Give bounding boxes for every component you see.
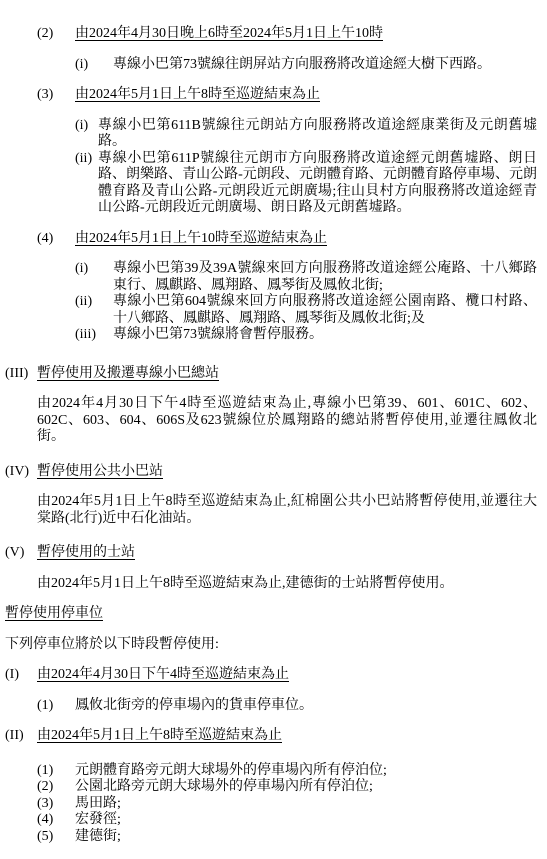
traffic-item-4-subitems: (i) 專線小巴第39及39A號線來回方向服務將改道途經公庵路、十八鄉路東行、鳳… [5, 261, 537, 344]
traffic-item-4-marker: (4) [37, 231, 75, 248]
route-subitem: (ii) 專線小巴第611P號線往元朗市方向服務將改道途經元朗舊墟路、朗日路、朗… [5, 151, 537, 217]
parking-item-marker: (3) [37, 796, 75, 813]
route-subitem: (iii) 專線小巴第73號線將會暫停服務。 [5, 327, 537, 344]
section-V-heading: (V) 暫停使用的士站 [5, 545, 537, 562]
route-text: 專線小巴第73號線往朗屏站方向服務將改道途經大樹下西路。 [113, 57, 537, 74]
parking-item: (1) 元朗體育路旁元朗大球場外的停車場內所有停泊位; [5, 763, 537, 780]
parking-title: 暫停使用停車位 [5, 606, 103, 621]
section-III-paragraph: 由2024年4月30日下午4時至巡遊結束為止,專線小巴第39、601、601C、… [5, 396, 537, 446]
subitem-marker: (i) [75, 57, 113, 74]
period-heading: 由2024年5月1日上午8時至巡遊結束為止 [37, 728, 282, 743]
section-title: 暫停使用及搬遷專線小巴總站 [37, 366, 219, 381]
parking-item: (4) 宏發徑; [5, 812, 537, 829]
parking-period-I-heading: (I) 由2024年4月30日下午4時至巡遊結束為止 [5, 667, 537, 684]
period-heading: 由2024年5月1日上午8時至巡遊結束為止 [75, 87, 320, 102]
traffic-item-4-heading-wrap: 由2024年5月1日上午10時至巡遊結束為止 [75, 231, 537, 248]
parking-period-I-marker: (I) [5, 667, 37, 684]
traffic-item-4: (4) 由2024年5月1日上午10時至巡遊結束為止 [5, 231, 537, 248]
parking-period-II-items: (1) 元朗體育路旁元朗大球場外的停車場內所有停泊位; (2) 公園北路旁元朗大… [5, 763, 537, 846]
subitem-marker: (i) [75, 261, 113, 278]
subitem-marker: (ii) [75, 294, 113, 311]
section-IV-heading: (IV) 暫停使用公共小巴站 [5, 464, 537, 481]
section-IV-title-wrap: 暫停使用公共小巴站 [37, 464, 537, 481]
section-title: 暫停使用的士站 [37, 545, 135, 560]
traffic-item-3-subitems: (i) 專線小巴第611B號線往元朗站方向服務將改道途經康業街及元朗舊墟路。 (… [5, 118, 537, 217]
parking-item-text: 宏發徑; [75, 812, 537, 829]
parking-title-wrap: 暫停使用停車位 [5, 606, 537, 623]
parking-period-II-heading-wrap: 由2024年5月1日上午8時至巡遊結束為止 [37, 728, 537, 745]
parking-period-II-heading: (II) 由2024年5月1日上午8時至巡遊結束為止 [5, 728, 537, 745]
subitem-marker: (iii) [75, 327, 113, 344]
period-heading: 由2024年5月1日上午10時至巡遊結束為止 [75, 231, 327, 246]
parking-item: (1) 鳳攸北街旁的停車場內的貨車停車位。 [5, 698, 537, 715]
section-V-paragraph: 由2024年5月1日上午8時至巡遊結束為止,建德街的士站將暫停使用。 [5, 576, 537, 593]
section-title: 暫停使用公共小巴站 [37, 464, 163, 479]
section-V-marker: (V) [5, 545, 37, 562]
section-V-title-wrap: 暫停使用的士站 [37, 545, 537, 562]
route-subitem: (i) 專線小巴第73號線往朗屏站方向服務將改道途經大樹下西路。 [5, 57, 537, 74]
parking-item: (5) 建德街; [5, 829, 537, 846]
traffic-item-2-heading-wrap: 由2024年4月30日晚上6時至2024年5月1日上午10時 [75, 26, 537, 43]
parking-period-I-items: (1) 鳳攸北街旁的停車場內的貨車停車位。 [5, 698, 537, 715]
traffic-item-2: (2) 由2024年4月30日晚上6時至2024年5月1日上午10時 [5, 26, 537, 43]
parking-item: (2) 公園北路旁元朗大球場外的停車場內所有停泊位; [5, 779, 537, 796]
section-III-heading: (III) 暫停使用及搬遷專線小巴總站 [5, 366, 537, 383]
parking-item-text: 元朗體育路旁元朗大球場外的停車場內所有停泊位; [75, 763, 537, 780]
subitem-marker: (ii) [75, 151, 98, 168]
route-subitem: (i) 專線小巴第611B號線往元朗站方向服務將改道途經康業街及元朗舊墟路。 [5, 118, 537, 151]
parking-item-text: 鳳攸北街旁的停車場內的貨車停車位。 [75, 698, 537, 715]
traffic-item-3-marker: (3) [37, 87, 75, 104]
route-text: 專線小巴第611B號線往元朗站方向服務將改道途經康業街及元朗舊墟路。 [98, 118, 537, 151]
route-text: 專線小巴第611P號線往元朗市方向服務將改道途經元朗舊墟路、朗日路、朗樂路、青山… [98, 151, 537, 217]
traffic-item-2-marker: (2) [37, 26, 75, 43]
parking-item-text: 公園北路旁元朗大球場外的停車場內所有停泊位; [75, 779, 537, 796]
route-text: 專線小巴第604號線來回方向服務將改道途經公園南路、欖口村路、十八鄉路、鳳麒路、… [113, 294, 537, 327]
notice-page: (2) 由2024年4月30日晚上6時至2024年5月1日上午10時 (i) 專… [0, 0, 547, 859]
parking-intro: 下列停車位將於以下時段暫停使用: [5, 637, 537, 654]
section-IV-paragraph: 由2024年5月1日上午8時至巡遊結束為止,紅棉圍公共小巴站將暫停使用,並遷往大… [5, 494, 537, 527]
section-IV-marker: (IV) [5, 464, 37, 481]
route-text: 專線小巴第73號線將會暫停服務。 [113, 327, 537, 344]
parking-period-I-heading-wrap: 由2024年4月30日下午4時至巡遊結束為止 [37, 667, 537, 684]
traffic-item-2-subitems: (i) 專線小巴第73號線往朗屏站方向服務將改道途經大樹下西路。 [5, 57, 537, 74]
section-III-title-wrap: 暫停使用及搬遷專線小巴總站 [37, 366, 537, 383]
parking-item-marker: (5) [37, 829, 75, 846]
route-subitem: (ii) 專線小巴第604號線來回方向服務將改道途經公園南路、欖口村路、十八鄉路… [5, 294, 537, 327]
parking-item-marker: (1) [37, 763, 75, 780]
traffic-item-3-heading-wrap: 由2024年5月1日上午8時至巡遊結束為止 [75, 87, 537, 104]
parking-item-marker: (4) [37, 812, 75, 829]
parking-item-marker: (1) [37, 698, 75, 715]
traffic-item-3: (3) 由2024年5月1日上午8時至巡遊結束為止 [5, 87, 537, 104]
parking-item: (3) 馬田路; [5, 796, 537, 813]
period-heading: 由2024年4月30日下午4時至巡遊結束為止 [37, 667, 289, 682]
route-text: 專線小巴第39及39A號線來回方向服務將改道途經公庵路、十八鄉路東行、鳳麒路、鳳… [113, 261, 537, 294]
subitem-marker: (i) [75, 118, 98, 135]
period-heading: 由2024年4月30日晚上6時至2024年5月1日上午10時 [75, 26, 383, 41]
parking-item-text: 馬田路; [75, 796, 537, 813]
parking-period-II-marker: (II) [5, 728, 37, 745]
route-subitem: (i) 專線小巴第39及39A號線來回方向服務將改道途經公庵路、十八鄉路東行、鳳… [5, 261, 537, 294]
section-III-marker: (III) [5, 366, 37, 383]
parking-item-marker: (2) [37, 779, 75, 796]
parking-item-text: 建德街; [75, 829, 537, 846]
